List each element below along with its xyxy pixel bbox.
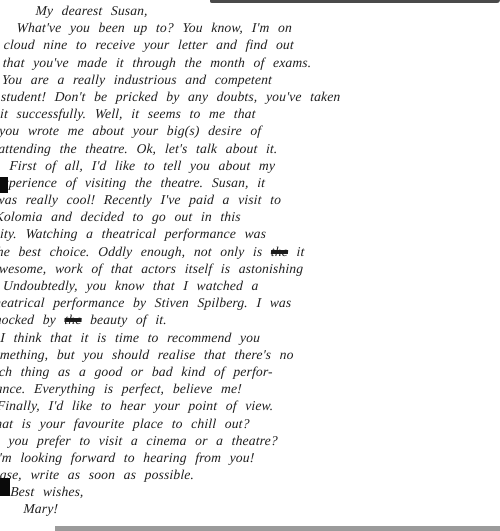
- line-text: First of all, I'd like to tell you about…: [9, 158, 276, 173]
- line-text: awesome, work of that actors itself is a…: [0, 261, 304, 276]
- scan-artifact-left-tab-2: [0, 478, 10, 496]
- scan-artifact-left-tab-1: [0, 177, 8, 193]
- line-text: mance. Everything is perfect, believe me…: [0, 381, 242, 396]
- line-text: student! Don't be pricked by any doubts,…: [1, 89, 341, 104]
- struck-word: the: [64, 312, 82, 327]
- letter-line: Undoubtedly, you know that I watched a: [0, 277, 482, 294]
- line-text: it: [288, 244, 305, 259]
- letter-line: First of all, I'd like to tell you about…: [0, 157, 488, 174]
- line-text: I think that it is time to recommend you: [0, 330, 261, 345]
- line-text: was really cool! Recently I've paid a vi…: [0, 192, 282, 207]
- line-text: I'm looking forward to hearing from you!: [0, 450, 255, 465]
- line-text: that you've made it through the month of…: [2, 55, 311, 70]
- letter-line: was really cool! Recently I've paid a vi…: [0, 191, 486, 208]
- letter-line: city. Watching a theatrical performance …: [0, 225, 484, 242]
- letter-line: What is your favourite place to chill ou…: [0, 415, 474, 432]
- letter-line: cloud nine to receive your letter and fi…: [1, 36, 494, 53]
- line-text: Mary!: [23, 501, 59, 516]
- line-text: cloud nine to receive your letter and fi…: [3, 37, 294, 52]
- line-text: city. Watching a theatrical performance …: [0, 226, 267, 241]
- line-text: such thing as a good or bad kind of perf…: [0, 364, 273, 379]
- letter-line: the best choice. Oddly enough, not only …: [0, 243, 483, 260]
- letter-line: mance. Everything is perfect, believe me…: [0, 380, 476, 397]
- line-text: attending the theatre. Ok, let's talk ab…: [0, 141, 278, 156]
- letter-line: student! Don't be pricked by any doubts,…: [0, 88, 491, 105]
- letter-line: You are a really industrious and compete…: [0, 71, 492, 88]
- letter-line: you wrote me about your big(s) desire of: [0, 122, 490, 139]
- letter-line: Kolomia and decided to go out in this: [0, 208, 485, 225]
- line-text: beauty of it.: [81, 312, 167, 327]
- line-text: Finally, I'd like to hear your point of …: [0, 398, 274, 413]
- letter-line: that you've made it through the month of…: [0, 54, 493, 71]
- letter-line: Do you prefer to visit a cinema or a the…: [0, 432, 473, 449]
- line-text: experience of visiting the theatre. Susa…: [0, 175, 266, 190]
- letter-line: such thing as a good or bad kind of perf…: [0, 363, 477, 380]
- letter-line: Mary!: [0, 500, 470, 517]
- struck-word: the: [271, 244, 289, 259]
- line-text: something, but you should realise that t…: [0, 347, 294, 362]
- line-text: it successfully. Well, it seems to me th…: [0, 106, 256, 121]
- letter-line: My dearest Susan,: [3, 2, 496, 19]
- letter-line: I'm looking forward to hearing from you!: [0, 449, 473, 466]
- line-text: Best wishes,: [10, 484, 84, 499]
- line-text: You are a really industrious and compete…: [2, 72, 273, 87]
- letter-line: shocked by the beauty of it.: [0, 311, 480, 328]
- letter-line: Finally, I'd like to hear your point of …: [0, 397, 475, 414]
- letter-line: experience of visiting the theatre. Susa…: [0, 174, 487, 191]
- letter-line: What've you been up to? You know, I'm on: [2, 19, 495, 36]
- line-text: Kolomia and decided to go out in this: [0, 209, 241, 224]
- letter-line: theatrical performance by Stiven Spilber…: [0, 294, 481, 311]
- letter-line: it successfully. Well, it seems to me th…: [0, 105, 491, 122]
- line-text: What've you been up to? You know, I'm on: [16, 20, 292, 35]
- line-text: What is your favourite place to chill ou…: [0, 416, 250, 431]
- letter-line: attending the theatre. Ok, let's talk ab…: [0, 140, 489, 157]
- letter-body: My dearest Susan,What've you been up to?…: [0, 2, 496, 518]
- line-text: Please, write as soon as possible.: [0, 467, 195, 482]
- line-text: you wrote me about your big(s) desire of: [0, 123, 262, 138]
- letter-line: awesome, work of that actors itself is a…: [0, 260, 482, 277]
- letter-page: My dearest Susan,What've you been up to?…: [0, 0, 500, 531]
- line-text: Do you prefer to visit a cinema or a the…: [0, 433, 278, 448]
- line-text: My dearest Susan,: [35, 3, 148, 18]
- line-text: the best choice. Oddly enough, not only …: [0, 244, 271, 259]
- scan-artifact-bottom-edge: [55, 526, 500, 531]
- line-text: shocked by: [0, 312, 65, 327]
- letter-line: I think that it is time to recommend you: [0, 329, 479, 346]
- scan-artifact-top-edge: [210, 0, 500, 3]
- letter-line: something, but you should realise that t…: [0, 346, 478, 363]
- line-text: Undoubtedly, you know that I watched a: [3, 278, 259, 293]
- line-text: theatrical performance by Stiven Spilber…: [0, 295, 292, 310]
- letter-line: Please, write as soon as possible.: [0, 466, 472, 483]
- letter-line: Best wishes,: [0, 483, 471, 500]
